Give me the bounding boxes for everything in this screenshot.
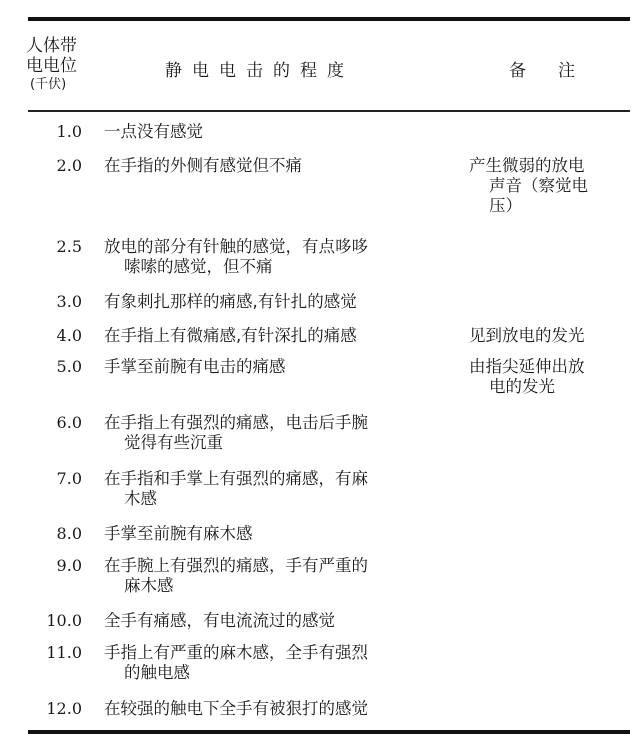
- header-voltage-line1: 人体带: [26, 36, 77, 56]
- top-rule: [28, 17, 630, 21]
- degree-cell: 一点没有感觉: [104, 122, 464, 142]
- header-degree: 静电电击的程度: [165, 56, 354, 81]
- voltage-cell: 3.0: [30, 292, 82, 312]
- voltage-cell: 12.0: [30, 699, 82, 719]
- header-note: 备注: [509, 56, 575, 81]
- degree-cell: 手掌至前腕有电击的痛感: [104, 357, 464, 377]
- degree-cell: 在较强的触电下全手有被狠打的感觉: [104, 699, 464, 719]
- header-voltage: 人体带 电电位 (千伏): [26, 36, 96, 94]
- note-cell: 产生微弱的放电 声音（察觉电 压）: [469, 156, 635, 216]
- voltage-cell: 1.0: [30, 122, 82, 142]
- note-cell: 见到放电的发光: [469, 326, 635, 346]
- voltage-cell: 7.0: [30, 469, 82, 489]
- header-rule: [28, 110, 630, 112]
- voltage-cell: 10.0: [30, 611, 82, 631]
- bottom-rule: [28, 730, 630, 734]
- voltage-cell: 6.0: [30, 413, 82, 433]
- degree-cell: 在手指和手掌上有强烈的痛感，有麻 木感: [104, 469, 464, 509]
- note-cell: 由指尖延伸出放 电的发光: [469, 357, 635, 397]
- voltage-cell: 2.5: [30, 237, 82, 257]
- voltage-cell: 2.0: [30, 156, 82, 176]
- degree-cell: 在手指的外侧有感觉但不痛: [104, 156, 464, 176]
- header-voltage-line2: 电电位: [26, 56, 77, 76]
- degree-cell: 在手腕上有强烈的痛感，手有严重的 麻木感: [104, 556, 464, 596]
- header-voltage-unit: (千伏): [30, 76, 96, 94]
- voltage-cell: 8.0: [30, 524, 82, 544]
- degree-cell: 有象刺扎那样的痛感,有针扎的感觉: [104, 292, 464, 312]
- degree-cell: 手指上有严重的麻木感，全手有强烈 的触电感: [104, 643, 464, 683]
- degree-cell: 手掌至前腕有麻木感: [104, 524, 464, 544]
- degree-cell: 放电的部分有针触的感觉，有点哆哆 嗦嗦的感觉，但不痛: [104, 237, 464, 277]
- voltage-cell: 5.0: [30, 357, 82, 377]
- voltage-cell: 11.0: [30, 643, 82, 663]
- voltage-cell: 9.0: [30, 556, 82, 576]
- degree-cell: 在手指上有微痛感,有针深扎的痛感: [104, 326, 464, 346]
- degree-cell: 全手有痛感，有电流流过的感觉: [104, 611, 464, 631]
- voltage-cell: 4.0: [30, 326, 82, 346]
- degree-cell: 在手指上有强烈的痛感，电击后手腕 觉得有些沉重: [104, 413, 464, 453]
